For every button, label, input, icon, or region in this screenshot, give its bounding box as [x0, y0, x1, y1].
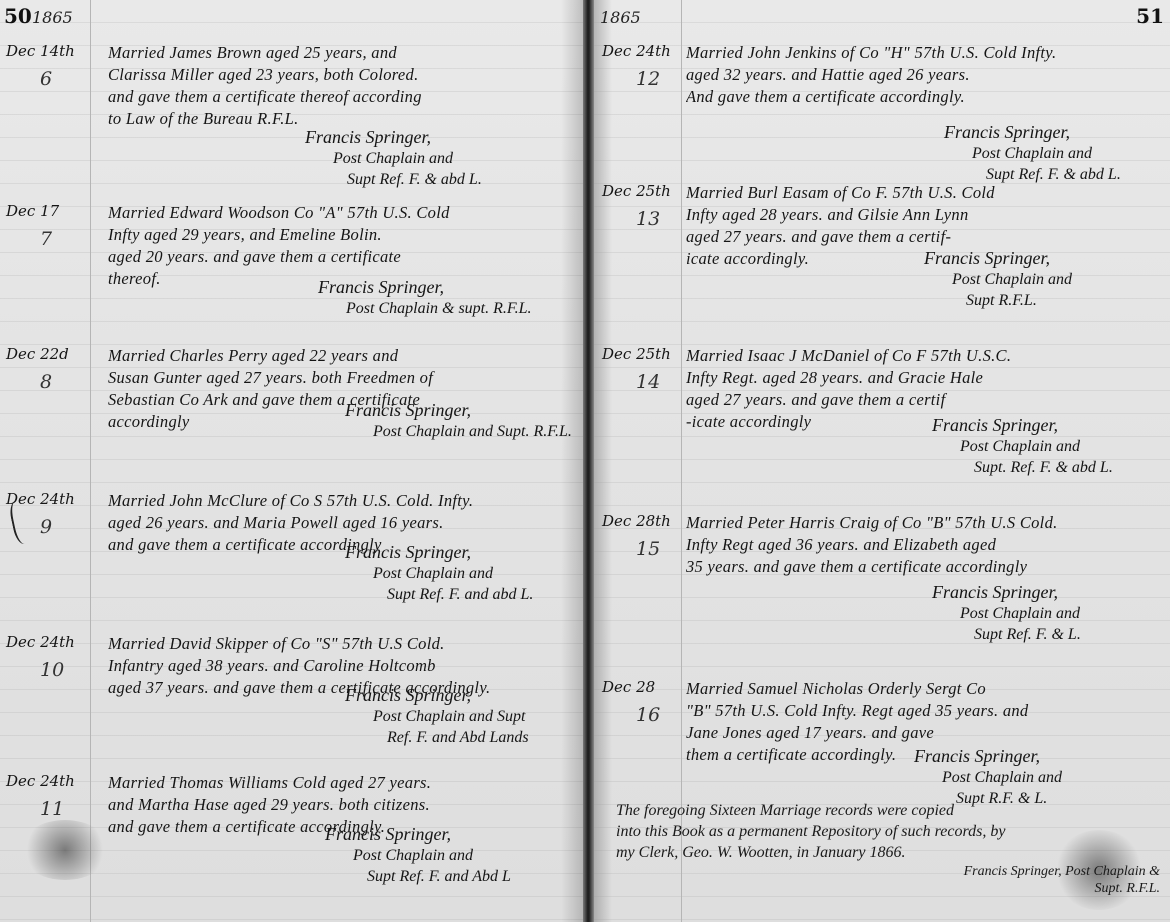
entry-line: Married Peter Harris Craig of Co "B" 57t…: [686, 512, 1164, 534]
chaplain-signature: Francis Springer,Post Chaplain andSupt R…: [325, 824, 511, 887]
signature-title: Post Chaplain and: [305, 148, 482, 169]
closing-note: The foregoing Sixteen Marriage records w…: [616, 800, 1166, 897]
left-page: 50 1865 Dec 14th6Married James Brown age…: [0, 0, 583, 922]
entry-line: Married Burl Easam of Co F. 57th U.S. Co…: [686, 182, 1164, 204]
entry-date: Dec 14th: [6, 42, 90, 60]
entry-line: Married James Brown aged 25 years, and: [108, 42, 569, 64]
entry-line: Married Isaac J McDaniel of Co F 57th U.…: [686, 345, 1164, 367]
ink-smudge: [20, 820, 110, 880]
signature-name: Francis Springer,: [325, 824, 511, 845]
entry-line: Married Thomas Williams Cold aged 27 yea…: [108, 772, 569, 794]
signature-name: Francis Springer,: [932, 415, 1113, 436]
entry-date: Dec 24th: [6, 772, 90, 790]
right-page: 51 1865 Dec 24th12Married John Jenkins o…: [594, 0, 1170, 922]
entry-line: Married John Jenkins of Co "H" 57th U.S.…: [686, 42, 1164, 64]
book-gutter: [583, 0, 594, 922]
entry-line: Infty Regt. aged 28 years. and Gracie Ha…: [686, 367, 1164, 389]
signature-title: Post Chaplain and: [924, 269, 1072, 290]
signature-name: Francis Springer,: [305, 127, 482, 148]
signature-name: Francis Springer,: [345, 400, 572, 421]
note-signature: Francis Springer, Post Chaplain &: [616, 863, 1166, 880]
entry-line: Susan Gunter aged 27 years. both Freedme…: [108, 367, 569, 389]
signature-name: Francis Springer,: [318, 277, 532, 298]
signature-name: Francis Springer,: [345, 685, 529, 706]
entry-number: 9: [40, 516, 52, 538]
note-signature: Supt. R.F.L.: [616, 880, 1166, 897]
signature-name: Francis Springer,: [914, 746, 1062, 767]
year-heading: 1865: [32, 8, 73, 27]
margin-rule: [681, 0, 682, 922]
signature-title: Post Chaplain and Supt: [345, 706, 529, 727]
signature-title: Supt R.F.L.: [924, 290, 1072, 311]
signature-title: Supt Ref. F. & L.: [932, 624, 1081, 645]
entry-number: 7: [40, 228, 52, 250]
entry-date: Dec 17: [6, 202, 90, 220]
signature-title: Post Chaplain and: [325, 845, 511, 866]
entry-line: Married John McClure of Co S 57th U.S. C…: [108, 490, 569, 512]
signature-name: Francis Springer,: [944, 122, 1121, 143]
entry-number: 8: [40, 371, 52, 393]
entry-date: Dec 24th: [6, 633, 90, 651]
entry-text: Married Peter Harris Craig of Co "B" 57t…: [686, 512, 1164, 578]
entry-text: Married James Brown aged 25 years, andCl…: [108, 42, 569, 130]
entry-line: Married Samuel Nicholas Orderly Sergt Co: [686, 678, 1164, 700]
page-number: 50: [4, 4, 32, 28]
entry-number: 15: [636, 538, 660, 560]
entry-number: 16: [636, 704, 660, 726]
entry-line: Infantry aged 38 years. and Caroline Hol…: [108, 655, 569, 677]
signature-title: Post Chaplain and: [932, 436, 1113, 457]
entry-line: Clarissa Miller aged 23 years, both Colo…: [108, 64, 569, 86]
entry-line: Infty Regt aged 36 years. and Elizabeth …: [686, 534, 1164, 556]
ledger-spread: 50 1865 Dec 14th6Married James Brown age…: [0, 0, 1170, 922]
entry-line: aged 27 years. and gave them a certif: [686, 389, 1164, 411]
entry-line: Married Charles Perry aged 22 years and: [108, 345, 569, 367]
entry-line: And gave them a certificate accordingly.: [686, 86, 1164, 108]
note-line: into this Book as a permanent Repository…: [616, 821, 1166, 842]
entry-line: Married Edward Woodson Co "A" 57th U.S. …: [108, 202, 569, 224]
chaplain-signature: Francis Springer,Post Chaplain andSupt R…: [944, 122, 1121, 185]
entry-line: 35 years. and gave them a certificate ac…: [686, 556, 1164, 578]
entry-date: Dec 24th: [6, 490, 90, 508]
entry-number: 13: [636, 208, 660, 230]
entry-number: 11: [40, 798, 64, 820]
entry-line: Jane Jones aged 17 years. and gave: [686, 722, 1164, 744]
entry-line: aged 27 years. and gave them a certif-: [686, 226, 1164, 248]
signature-title: Supt. Ref. F. & abd L.: [932, 457, 1113, 478]
entry-number: 14: [636, 371, 660, 393]
entry-line: Infty aged 28 years. and Gilsie Ann Lynn: [686, 204, 1164, 226]
entry-line: aged 26 years. and Maria Powell aged 16 …: [108, 512, 569, 534]
signature-title: Post Chaplain and: [914, 767, 1062, 788]
entry-date: Dec 24th: [602, 42, 686, 60]
entry-line: and Martha Hase aged 29 years. both citi…: [108, 794, 569, 816]
entry-number: 10: [40, 659, 64, 681]
signature-title: Supt Ref. F. and abd L.: [345, 584, 533, 605]
year-heading: 1865: [600, 8, 641, 27]
entry-date: Dec 28: [602, 678, 686, 696]
signature-title: Ref. F. and Abd Lands: [345, 727, 529, 748]
signature-title: Post Chaplain and: [932, 603, 1081, 624]
margin-rule: [90, 0, 91, 922]
entry-line: aged 20 years. and gave them a certifica…: [108, 246, 569, 268]
signature-title: Post Chaplain & supt. R.F.L.: [318, 298, 532, 319]
chaplain-signature: Francis Springer,Post Chaplain andSupt R…: [345, 542, 533, 605]
signature-title: Post Chaplain and: [345, 563, 533, 584]
entry-date: Dec 25th: [602, 345, 686, 363]
signature-name: Francis Springer,: [924, 248, 1072, 269]
signature-title: Supt Ref. F. & abd L.: [305, 169, 482, 190]
signature-title: Supt Ref. F. and Abd L: [325, 866, 511, 887]
entry-text: Married John Jenkins of Co "H" 57th U.S.…: [686, 42, 1164, 108]
entry-line: Infty aged 29 years, and Emeline Bolin.: [108, 224, 569, 246]
signature-name: Francis Springer,: [932, 582, 1081, 603]
entry-date: Dec 25th: [602, 182, 686, 200]
note-line: my Clerk, Geo. W. Wootten, in January 18…: [616, 842, 1166, 863]
chaplain-signature: Francis Springer,Post Chaplain andSupt R…: [305, 127, 482, 190]
entry-number: 12: [636, 68, 660, 90]
entry-line: and gave them a certificate thereof acco…: [108, 86, 569, 108]
entry-number: 6: [40, 68, 52, 90]
entry-date: Dec 28th: [602, 512, 686, 530]
entry-line: "B" 57th U.S. Cold Infty. Regt aged 35 y…: [686, 700, 1164, 722]
chaplain-signature: Francis Springer,Post Chaplain andSupt R…: [932, 582, 1081, 645]
entry-line: Married David Skipper of Co "S" 57th U.S…: [108, 633, 569, 655]
signature-title: Post Chaplain and Supt. R.F.L.: [345, 421, 572, 442]
chaplain-signature: Francis Springer,Post Chaplain andSupt R…: [924, 248, 1072, 311]
note-line: The foregoing Sixteen Marriage records w…: [616, 800, 1166, 821]
chaplain-signature: Francis Springer,Post Chaplain and Supt.…: [345, 400, 572, 442]
signature-name: Francis Springer,: [345, 542, 533, 563]
entry-date: Dec 22d: [6, 345, 90, 363]
chaplain-signature: Francis Springer,Post Chaplain andSupt. …: [932, 415, 1113, 478]
entry-line: aged 32 years. and Hattie aged 26 years.: [686, 64, 1164, 86]
signature-title: Post Chaplain and: [944, 143, 1121, 164]
page-number: 51: [1136, 4, 1164, 28]
chaplain-signature: Francis Springer,Post Chaplain and SuptR…: [345, 685, 529, 748]
chaplain-signature: Francis Springer,Post Chaplain & supt. R…: [318, 277, 532, 319]
